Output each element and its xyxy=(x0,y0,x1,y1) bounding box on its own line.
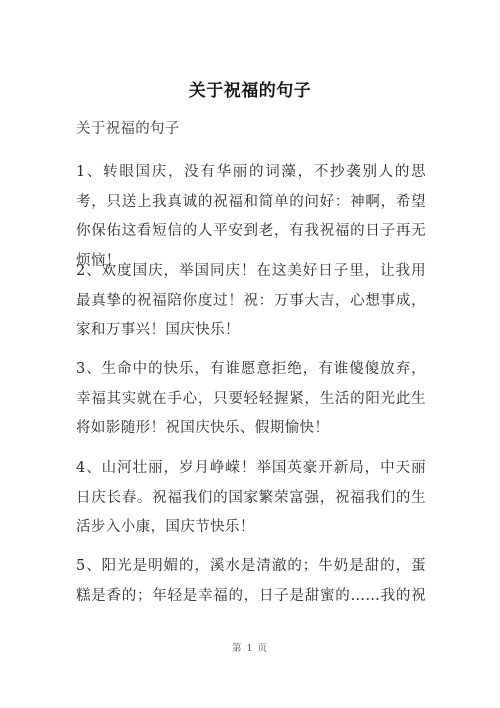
document-title: 关于祝福的句子 xyxy=(0,76,500,101)
paragraph-4: 4、山河壮丽，岁月峥嵘！举国英豪开新局，中天丽日庆长春。祝福我们的国家繁荣富强，… xyxy=(76,454,426,543)
paragraph-3: 3、生命中的快乐，有谁愿意拒绝，有谁傻傻放弃，幸福其实就在手心，只要轻轻握紧，生… xyxy=(76,355,426,444)
document-subtitle: 关于祝福的句子 xyxy=(76,117,180,138)
page-number-footer: 第 1 页 xyxy=(0,640,500,654)
document-page: 关于祝福的句子 关于祝福的句子 1、转眼国庆，没有华丽的词藻，不抄袭别人的思考，… xyxy=(0,0,500,708)
paragraph-5: 5、阳光是明媚的，溪水是清澈的；牛奶是甜的，蛋糕是香的；年轻是幸福的，日子是甜蜜… xyxy=(76,552,426,612)
paragraph-2: 2、欢度国庆，举国同庆！在这美好日子里，让我用最真挚的祝福陪你度过！祝：万事大吉… xyxy=(76,257,426,346)
